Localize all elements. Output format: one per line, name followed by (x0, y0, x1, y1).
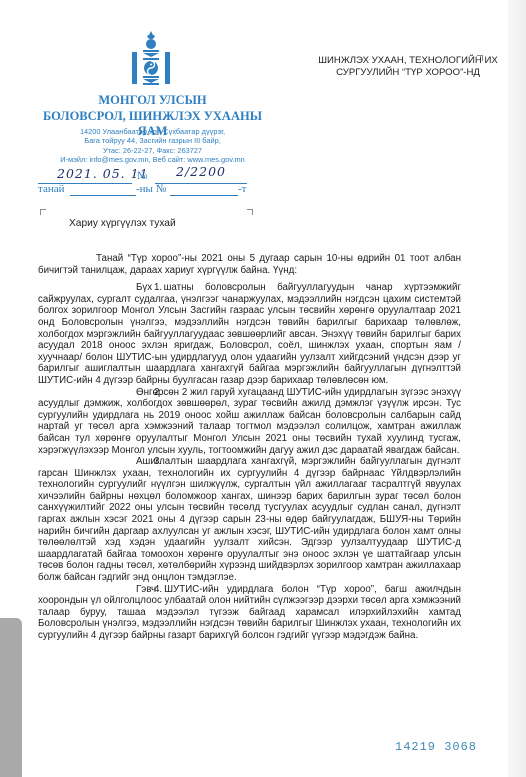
intro-paragraph: Танай “Түр хороо”-ны 2021 оны 5 дугаар с… (38, 253, 461, 276)
handwritten-number: 2/2200 (176, 164, 226, 179)
item-paragraph-2: 2.Өнгөрсөн 2 жил гаруй хугацаанд ШУТИС-и… (38, 387, 461, 457)
registration-stamp: 14219 3068 (395, 740, 477, 754)
item-paragraph-3: 3.Ашиглалтын шаардлага хангахгүй, мэргэж… (38, 456, 461, 584)
your-date-line (70, 195, 136, 196)
page-edge-shadow (508, 0, 526, 777)
item-paragraph-4: 4.Гэвч ШУТИС-ийн удирдлага болон “Түр хо… (38, 584, 461, 642)
item-number: 2. (96, 387, 136, 399)
item-number: 4. (96, 584, 136, 596)
address-line: Бага тойруу 44, Засгийн газрын III байр, (20, 136, 285, 145)
recipient-corner-mark (477, 55, 483, 61)
recipient-line2: СУРГУУЛИЙН “ТҮР ХОРОО”-НД (293, 67, 523, 79)
your-label: танай (38, 183, 64, 195)
item-text: Бүх шатны боловсролын байгууллагуудын ча… (38, 282, 461, 386)
letter-body: Танай “Түр хороо”-ны 2021 оны 5 дугаар с… (38, 253, 461, 642)
soyombo-emblem-icon (128, 30, 174, 86)
ministry-address: 14200 Улаанбаатар хот, Сүхбаатар дүүрэг,… (20, 127, 285, 165)
subject-corner-right (247, 209, 253, 215)
handwritten-date: 2021. 05. 11 (57, 166, 149, 181)
item-text: Ашиглалтын шаардлага хангахгүй, мэргэжли… (38, 456, 461, 583)
subject-line: Хариу хүргүүлэх тухай (69, 218, 176, 229)
scan-shadow (0, 618, 22, 777)
item-number: 1. (96, 282, 136, 294)
subject-corner-left (40, 209, 46, 215)
your-number-label: -ны № (136, 183, 166, 195)
number-line (155, 183, 247, 184)
number-label: № (137, 170, 148, 182)
recipient-block: ШИНЖЛЭХ УХААН, ТЕХНОЛОГИЙН ИХ СУРГУУЛИЙН… (293, 55, 523, 79)
recipient-line1: ШИНЖЛЭХ УХААН, ТЕХНОЛОГИЙН ИХ (293, 55, 523, 67)
email-web-line: И-мэйл: info@mes.gov.mn, Веб сайт: www.m… (20, 155, 285, 164)
your-number-line (170, 195, 238, 196)
address-line: 14200 Улаанбаатар хот, Сүхбаатар дүүрэг, (20, 127, 285, 136)
phone-fax-line: Утас: 26-22-27, Факс: 263727 (20, 146, 285, 155)
country-name: МОНГОЛ УЛСЫН (30, 93, 275, 108)
your-suffix: -т (238, 183, 246, 195)
item-number: 3. (96, 456, 136, 468)
item-paragraph-1: 1.Бүх шатны боловсролын байгууллагуудын … (38, 282, 461, 386)
